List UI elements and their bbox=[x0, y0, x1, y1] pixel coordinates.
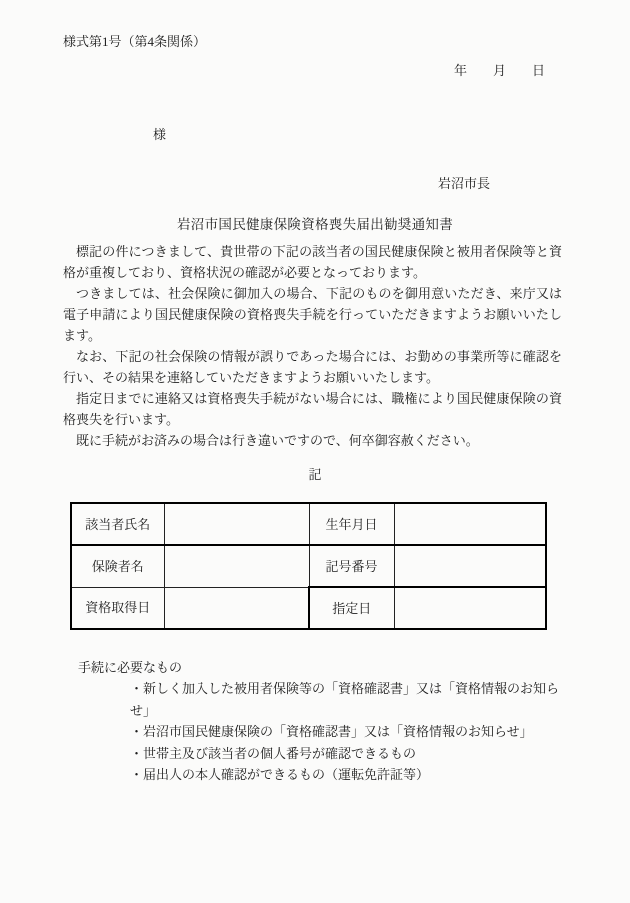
paragraph: 既に手続がお済みの場合は行き違いですので、何卒御容赦ください。 bbox=[63, 430, 562, 451]
cell-value-applicant-name bbox=[164, 503, 309, 545]
record-marker: 記 bbox=[0, 464, 630, 485]
cell-label-insurer-name: 保険者名 bbox=[71, 545, 164, 587]
cell-value-designated-date bbox=[394, 587, 546, 629]
body-text: 標記の件につきまして、貴世帯の下記の該当者の国民健康保険と被用者保険等と資格が重… bbox=[0, 241, 630, 451]
list-item: ・岩沼市国民健康保険の「資格確認書」又は「資格情報のお知らせ」 bbox=[130, 721, 570, 743]
sender-name: 岩沼市長 bbox=[0, 173, 630, 194]
list-item: ・新しく加入した被用者保険等の「資格確認書」又は「資格情報のお知らせ」 bbox=[130, 678, 570, 721]
document-page: 様式第1号（第4条関係） 年 月 日 様 岩沼市長 岩沼市国民健康保険資格喪失届… bbox=[0, 0, 630, 903]
date-line: 年 月 日 bbox=[0, 60, 630, 81]
cell-label-acquisition-date: 資格取得日 bbox=[71, 587, 164, 629]
document-title: 岩沼市国民健康保険資格喪失届出勧奨通知書 bbox=[0, 214, 630, 235]
cell-label-birthdate: 生年月日 bbox=[309, 503, 394, 545]
table-row: 保険者名 記号番号 bbox=[71, 545, 546, 587]
cell-value-symbol-number bbox=[394, 545, 546, 587]
cell-label-applicant-name: 該当者氏名 bbox=[71, 503, 164, 545]
cell-label-symbol-number: 記号番号 bbox=[309, 545, 394, 587]
cell-value-insurer-name bbox=[164, 545, 309, 587]
list-item: ・世帯主及び該当者の個人番号が確認できるもの bbox=[130, 743, 570, 765]
info-table: 該当者氏名 生年月日 保険者名 記号番号 資格取得日 指定日 bbox=[70, 502, 547, 630]
list-item: ・届出人の本人確認ができるもの（運転免許証等） bbox=[130, 764, 570, 786]
form-number: 様式第1号（第4条関係） bbox=[0, 0, 630, 52]
paragraph: 標記の件につきまして、貴世帯の下記の該当者の国民健康保険と被用者保険等と資格が重… bbox=[63, 241, 562, 283]
cell-value-acquisition-date bbox=[164, 587, 309, 629]
paragraph: つきましては、社会保険に御加入の場合、下記のものを御用意いただき、来庁又は電子申… bbox=[63, 283, 562, 346]
table-row: 資格取得日 指定日 bbox=[71, 587, 546, 629]
cell-value-birthdate bbox=[394, 503, 546, 545]
requirements-heading: 手続に必要なもの bbox=[0, 657, 630, 678]
addressee-suffix: 様 bbox=[153, 127, 166, 142]
paragraph: なお、下記の社会保険の情報が誤りであった場合には、お勤めの事業所等に確認を行い、… bbox=[63, 346, 562, 388]
table-row: 該当者氏名 生年月日 bbox=[71, 503, 546, 545]
cell-label-designated-date: 指定日 bbox=[309, 587, 394, 629]
requirements-list: ・新しく加入した被用者保険等の「資格確認書」又は「資格情報のお知らせ」 ・岩沼市… bbox=[0, 678, 630, 786]
addressee-line: 様 bbox=[0, 124, 630, 145]
paragraph: 指定日までに連絡又は資格喪失手続がない場合には、職権により国民健康保険の資格喪失… bbox=[63, 388, 562, 430]
